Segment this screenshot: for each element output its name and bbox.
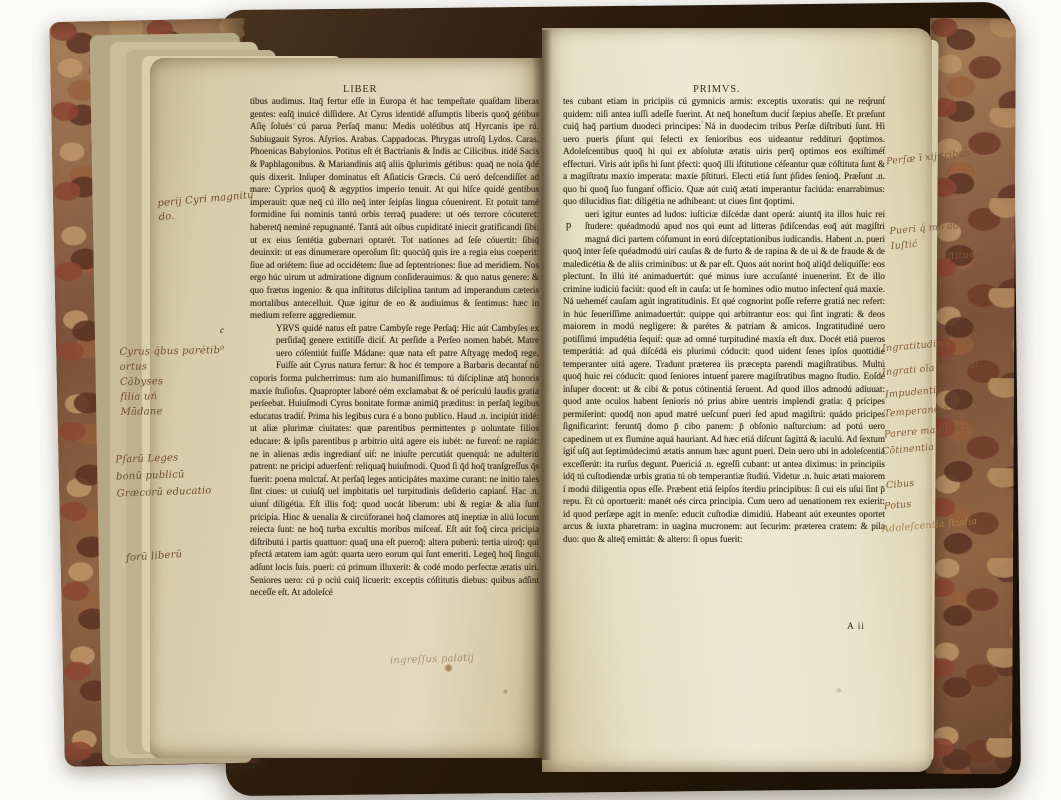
stain-spot bbox=[292, 122, 297, 126]
left-paragraph-continued: tibus audimus. Itaq̄ fertur eſſe in Euro… bbox=[250, 95, 539, 322]
stain-spot bbox=[444, 664, 453, 672]
marginal-note-potus: Potus bbox=[883, 497, 912, 514]
stain-spot bbox=[836, 688, 842, 693]
stain-spot bbox=[503, 689, 508, 694]
running-title-right: PRIMVS. bbox=[693, 84, 740, 95]
left-paragraph-cyrus: cYRVS quidé natus eſt patre Cambyſe rege… bbox=[250, 322, 539, 599]
running-title-left: LIBER bbox=[343, 84, 377, 95]
right-paragraph-pueri: pueri igitur euntes ad ludos: iuſticiæ d… bbox=[563, 208, 885, 546]
initial-guide-letter-p: p bbox=[566, 220, 585, 233]
right-page-body: tes cubant etiam in pricipiis cú gymnici… bbox=[563, 95, 885, 545]
initial-guide-letter-c: c bbox=[220, 324, 224, 337]
book-photo: LIBER tibus audimus. Itaq̄ fertur eſſe i… bbox=[0, 0, 1061, 800]
right-paragraph-1-text: tes cubant etiam in pricipiis cú gymnici… bbox=[563, 96, 885, 206]
right-paragraph-2-text: ueri igitur euntes ad ludos: iuſticiæ di… bbox=[563, 209, 885, 544]
left-page-body: tibus audimus. Itaq̄ fertur eſſe in Euro… bbox=[250, 95, 539, 599]
right-page-text-block: PRIMVS. tes cubant etiam in pricipiis cú… bbox=[563, 70, 885, 650]
right-paragraph-continued: tes cubant etiam in pricipiis cú gymnici… bbox=[563, 95, 885, 208]
marginal-note-bottom: ingreſſus palatij bbox=[390, 651, 475, 669]
marginal-note-cibus: Cibus bbox=[885, 476, 915, 493]
marginal-note-leges: Pſarū Leges bonū publicū Græcorū educati… bbox=[115, 448, 212, 502]
stain-spot bbox=[700, 120, 704, 124]
initial-space: c bbox=[250, 322, 276, 360]
left-paragraph-1-text: tibus audimus. Itaq̄ fertur eſſe in Euro… bbox=[250, 96, 539, 320]
marginal-note-cyrus-parents: Cyrus q́bus parétib⁹ ortus Cābyses filia… bbox=[119, 343, 225, 420]
left-page-text-block: LIBER tibus audimus. Itaq̄ fertur eſſe i… bbox=[250, 72, 539, 599]
initial-space: p bbox=[563, 208, 585, 245]
left-paragraph-2-text: YRVS quidé natus eſt patre Cambyſe rege … bbox=[250, 323, 539, 597]
signature-mark: A ii bbox=[847, 622, 865, 632]
